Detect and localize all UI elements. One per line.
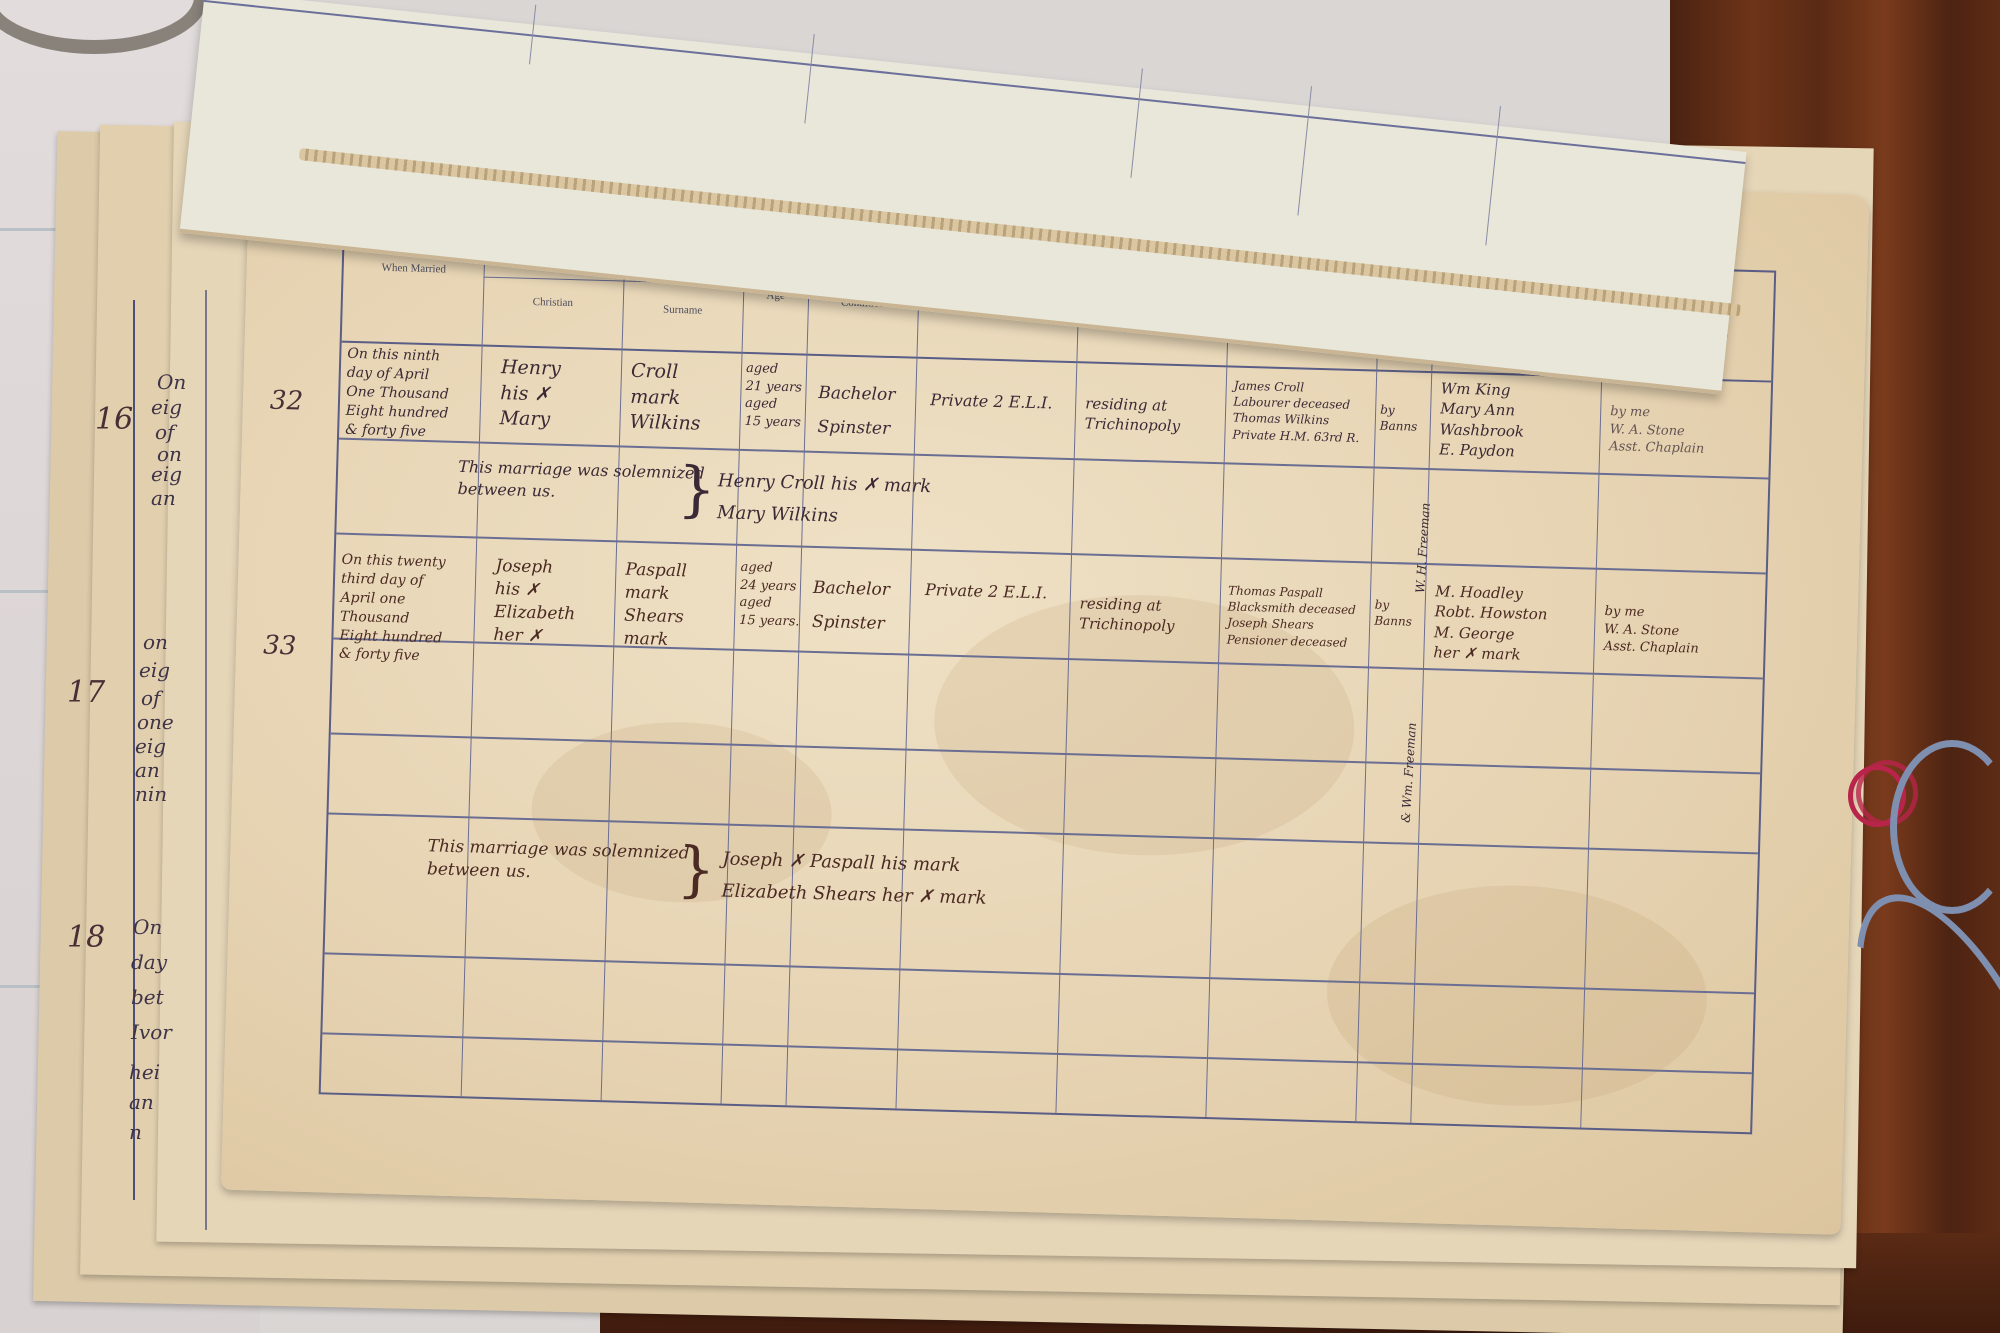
text-fragment: of (141, 686, 160, 710)
text-fragment: nin (135, 782, 167, 806)
text-fragment: an (129, 1090, 154, 1114)
brace-symbol: } (676, 834, 716, 905)
banns-or-licence: by Banns (1380, 402, 1426, 436)
ages: aged 21 years aged 15 years (744, 360, 802, 432)
text-fragment: day (131, 950, 167, 974)
text-fragment: an (135, 758, 160, 782)
page-rule (1297, 86, 1312, 215)
fathers-names: James Croll Labourer deceased Thomas Wil… (1232, 378, 1361, 446)
certification-text: This marriage was solemnized between us. (427, 835, 690, 888)
witnesses: M. Hoadley Robt. Howston M. George her ✗… (1433, 581, 1548, 665)
residence: residing at Trichinopoly (1084, 393, 1181, 436)
page-rule (804, 34, 814, 124)
text-fragment: n (129, 1120, 142, 1144)
column-header: When Married (344, 261, 484, 277)
column-header: Surname (623, 302, 743, 317)
condition: Bachelor Spinster (812, 571, 891, 641)
fathers-names: Thomas Paspall Blacksmith deceased Josep… (1226, 582, 1356, 650)
residence: residing at Trichinopoly (1079, 593, 1176, 636)
party-signatures: Henry Croll his ✗ mark Mary Wilkins (717, 465, 932, 536)
page-rule (1130, 68, 1142, 178)
brace-symbol: } (677, 454, 717, 525)
banns-or-licence: by Banns (1374, 597, 1420, 631)
when-married-text: On this ninth day of April One Thousand … (345, 345, 450, 442)
page-rule (205, 290, 207, 1230)
text-fragment: eig (151, 462, 182, 486)
certification-text: This marriage was solemnized between us. (457, 456, 705, 506)
entry-number: 33 (263, 631, 297, 662)
text-fragment: On (133, 915, 162, 939)
page-rule (1485, 106, 1501, 245)
witnesses: Wm King Mary Ann Washbrook E. Paydon (1439, 378, 1526, 461)
christian-names: Henry his ✗ Mary (499, 355, 561, 434)
entry-number: 18 (67, 920, 105, 955)
officiant: by me W. A. Stone Asst. Chaplain (1603, 603, 1699, 658)
entry-number: 17 (67, 675, 105, 710)
text-fragment: on (143, 630, 168, 654)
surnames: Croll mark Wilkins (629, 359, 702, 438)
page-rule (204, 0, 1746, 164)
text-fragment: Ivor (131, 1020, 172, 1044)
surnames: Paspall mark Shears mark (623, 559, 687, 652)
text-fragment: one (137, 710, 174, 734)
text-fragment: eig (135, 734, 166, 758)
entry-number: 16 (95, 402, 133, 437)
entry-number: 32 (270, 386, 304, 417)
party-signatures: Joseph ✗ Paspall his mark Elizabeth Shea… (721, 843, 988, 915)
column-rank-profession: Rank or Profession (895, 249, 1080, 1113)
when-married-text: On this twenty third day of April one Th… (339, 551, 446, 667)
text-fragment: an (151, 486, 176, 510)
text-fragment: eig (151, 395, 182, 419)
column-residence: Residence at the time of Marriage (1055, 253, 1230, 1117)
rank-profession: Private 2 E.L.I. (925, 579, 1048, 604)
text-fragment: bet (131, 985, 164, 1009)
column-by-whom-married: By whom Married (1580, 268, 1774, 1132)
text-fragment: On (157, 370, 186, 394)
condition: Bachelor Spinster (817, 376, 896, 446)
text-fragment: of (155, 420, 174, 444)
column-header: Christian (483, 295, 623, 311)
text-fragment: hei (129, 1060, 160, 1084)
text-fragment: eig (139, 658, 170, 682)
cup-rim (0, 0, 208, 54)
ages: aged 24 years aged 15 years. (739, 559, 801, 631)
rank-profession: Private 2 E.L.I. (930, 389, 1053, 414)
officiant: by me W. A. Stone Asst. Chaplain (1609, 403, 1705, 458)
christian-names: Joseph his ✗ Elizabeth her ✗ (493, 555, 577, 649)
